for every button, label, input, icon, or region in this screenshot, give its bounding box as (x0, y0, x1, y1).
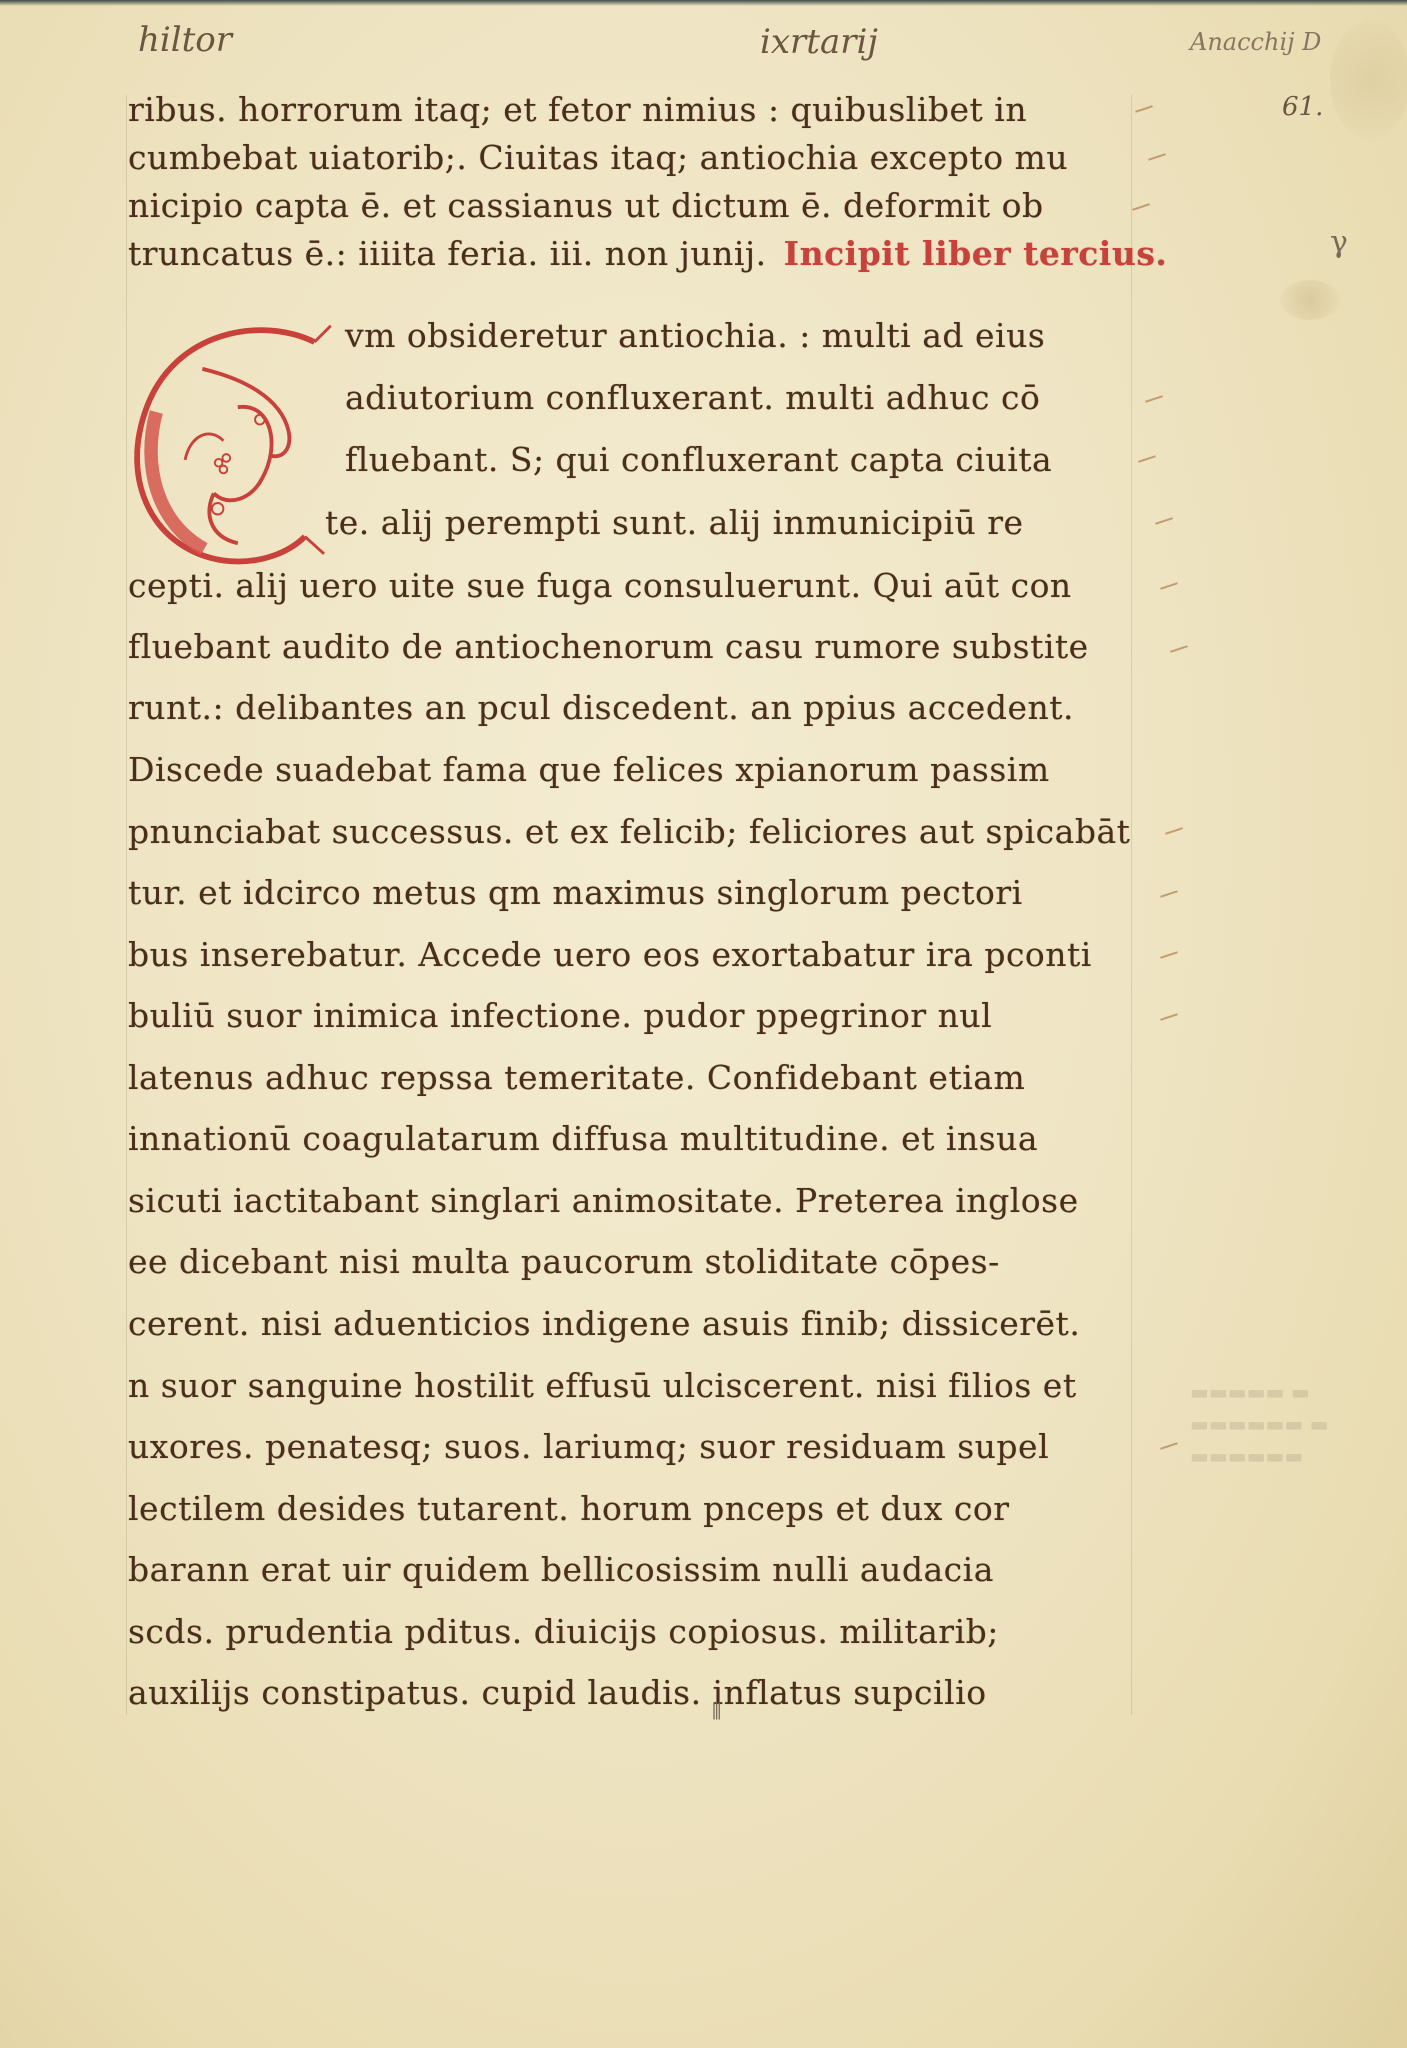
text-line: runt.: delibantes an pcul discedent. an … (128, 688, 1074, 727)
text-line: cepti. alij uero uite sue fuga consuluer… (128, 566, 1072, 605)
pen-strokes: ⫴ (712, 1700, 721, 1725)
text-line: latenus adhuc repssa temeritate. Confide… (128, 1058, 1025, 1097)
text-line: barann erat uir quidem bellicosissim nul… (128, 1550, 994, 1589)
text-line: fluebant. S; qui confluxerant capta ciui… (345, 440, 1052, 479)
text-line: Discede suadebat fama que felices xpiano… (128, 750, 1050, 789)
text-line: sicuti iactitabant singlari animositate.… (128, 1181, 1079, 1220)
text-line: lectilem desides tutarent. horum pnceps … (128, 1489, 1009, 1528)
text-line: fluebant audito de antiochenorum casu ru… (128, 627, 1089, 666)
text-line: nicipio capta ē. et cassianus ut dictum … (128, 186, 1044, 225)
text-line: cerent. nisi aduenticios indigene asuis … (128, 1304, 1080, 1343)
text-line: auxilijs constipatus. cupid laudis. infl… (128, 1673, 987, 1712)
text-line: te. alij perempti sunt. alij inmunicipiū… (325, 503, 1024, 542)
text-line-content: truncatus ē.: iiiita feria. iii. non jun… (128, 234, 767, 273)
text-line: vm obsideretur antiochia. : multi ad eiu… (345, 316, 1045, 355)
text-line: buliū suor inimica infectione. pudor ppe… (128, 996, 992, 1035)
text-line: tur. et idcirco metus qm maximus singlor… (128, 873, 1023, 912)
text-line: innationū coagulatarum diffusa multitudi… (128, 1119, 1038, 1158)
text-line: bus inserebatur. Accede uero eos exortab… (128, 935, 1092, 974)
text-line: ee dicebant nisi multa paucorum stolidit… (128, 1242, 1000, 1281)
rubric-heading: Incipit liber tercius. (784, 234, 1168, 273)
text-line: adiutorium confluxerant. multi adhuc cō (345, 378, 1040, 417)
text-line: ribus. horrorum itaq; et fetor nimius : … (128, 90, 1027, 129)
text-line: n suor sanguine hostilit effusū ulciscer… (128, 1366, 1077, 1405)
manuscript-page: ▬▬▬▬▬ ▬ ▬▬▬▬▬▬ ▬ ▬▬▬▬▬▬ hiltor ixrtarij … (0, 0, 1407, 2048)
text-line: uxores. penatesq; suos. lariumq; suor re… (128, 1427, 1049, 1466)
text-line: cumbebat uiatorib;. Ciuitas itaq; antioc… (128, 138, 1068, 177)
text-line: scds. prudentia pditus. diuicijs copiosu… (128, 1612, 999, 1651)
text-line: truncatus ē.: iiiita feria. iii. non jun… (128, 234, 1167, 273)
text-line: pnunciabat successus. et ex felicib; fel… (128, 812, 1130, 851)
text-block: ribus. horrorum itaq; et fetor nimius : … (0, 0, 1407, 2048)
